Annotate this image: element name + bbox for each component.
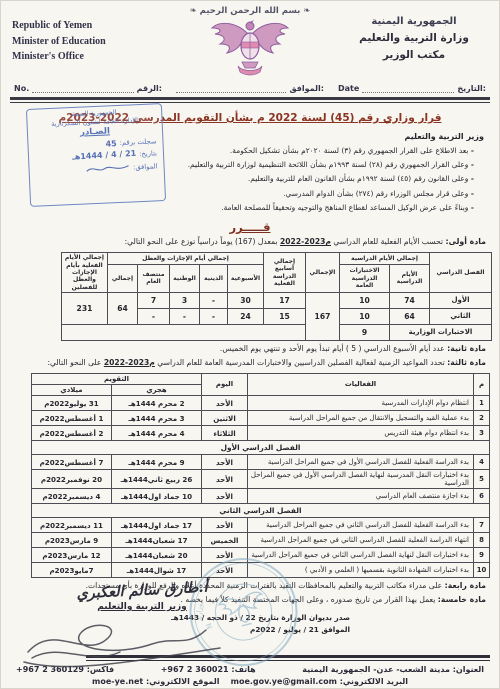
article-four-label: مادة رابعة:	[445, 581, 486, 590]
number-dotted-line	[32, 85, 133, 93]
second-days: 64	[390, 308, 430, 324]
article-three: مادة ثالثة: تحدد المواعيد الزمنية لفعالي…	[10, 358, 486, 369]
first-weeks: 17	[263, 292, 305, 308]
col-study-days: الأيام الدراسية	[390, 264, 430, 292]
corresponding-field: الموافق:	[176, 84, 324, 93]
gregorian-cell: 2 أغسطس2022م	[31, 426, 111, 441]
stamp-corresponding-row: الموافق:	[35, 160, 157, 177]
gregorian-cell: 1 أغسطس2022م	[31, 411, 111, 426]
hijri-cell: 10 جماد اول1444هـ	[112, 489, 202, 504]
article-three-post: على النحو التالي:	[47, 358, 103, 367]
row-number: 4	[474, 455, 490, 470]
email-label: البريد الالكتروني:	[340, 677, 408, 686]
second-semester-section: الفصل الدراسي الثاني	[31, 504, 489, 518]
school-days-summary-table: الفصل الدراسي إجمالي الأيام الدراسية الإ…	[61, 252, 492, 341]
table-row: 8 انتهاء الدراسة الفعلية للفصل الدراسي ا…	[31, 533, 489, 548]
row-number: 9	[474, 548, 490, 563]
article-three-year: 2022-2023م	[104, 358, 155, 367]
signature-block: أ.طارق سالم العكبري وزير التربية والتعلي…	[42, 582, 242, 612]
preamble-list: بعد الاطلاع على القرار الجمهوري رقم (٣) …	[150, 146, 474, 214]
day-cell: الاثنين	[202, 411, 248, 426]
row-number: 3	[474, 426, 490, 441]
arabic-republic-line: الجمهورية اليمنية	[340, 14, 488, 30]
holiday-total-value: 64	[107, 292, 137, 324]
col-events: الفعاليات	[248, 373, 474, 396]
event-cell: بدء اجازة منتصف العام الدراسي	[248, 489, 474, 504]
yemen-emblem-icon	[208, 16, 292, 78]
col-actual-weeks: إجمالي أسابيع الدراسة الفعلية	[263, 253, 305, 293]
number-label-en: No.	[14, 84, 29, 93]
article-one-rest: بمعدل (167) يوماً دراسياً توزع على النحو…	[125, 237, 280, 246]
article-one-pre: تحسب الأيام الفعلية للعام الدراسي	[331, 237, 443, 246]
table-row: 5 بدء اختبارات النقل المدرسية لنهاية الف…	[31, 470, 489, 489]
article-two-label: مادة ثانية:	[447, 344, 486, 353]
day-cell: الأحد	[202, 396, 248, 411]
row-number: 6	[474, 489, 490, 504]
article-two: مادة ثانية: عدد أيام الأسبوع الدراسي ( 5…	[10, 344, 486, 355]
gregorian-cell: 12 مارس2023م	[31, 548, 111, 563]
event-cell: بدء الدراسة الفعلية للفصل الدراسي الثاني…	[248, 518, 474, 533]
col-holiday-total: إجمالي	[107, 264, 137, 292]
day-cell: الأحد	[202, 518, 248, 533]
gregorian-cell: 31 يوليو2022م	[31, 396, 111, 411]
col-gregorian: ميلادي	[31, 384, 111, 395]
first-days: 74	[390, 292, 430, 308]
table-row: 2 بدء عملية القيد والتسجيل والانتقال من …	[31, 411, 489, 426]
preamble-item: وعلى القرار الجمهوري رقم (٢٨) لسنة ١٩٩٣م…	[150, 160, 474, 170]
article-two-text: عدد أيام الأسبوع الدراسي ( 5 ) أيام تبدأ…	[220, 344, 445, 353]
col-religious-holidays: الدينية	[199, 264, 227, 292]
preamble-item: وعلى القانون رقم (٤٥) لسنة ١٩٩٢م بشأن ال…	[150, 174, 474, 184]
col-semester: الفصل الدراسي	[430, 253, 492, 293]
stamp-date-value: 21 / 4 / 1444هـ	[72, 149, 137, 162]
article-five-label: مادة خامسة:	[438, 595, 486, 604]
day-cell: الأحد	[202, 455, 248, 470]
table-row: 3 بدء انتظام دوام هيئة التدريس الثلاثاء …	[31, 426, 489, 441]
footer-web-line: البريد الالكتروني: moe.gov.ye@gmail.com …	[0, 677, 500, 686]
col-national-holidays: الوطنية	[169, 264, 199, 292]
handwritten-scribble-icon	[84, 161, 130, 175]
date-field: Date التاريخ:	[338, 84, 486, 93]
english-office-line: Minister's Office	[12, 49, 160, 65]
event-cell: بدء انتظام دوام هيئة التدريس	[248, 426, 474, 441]
day-cell: الثلاثاء	[202, 426, 248, 441]
table1-header-row-1: الفصل الدراسي إجمالي الأيام الدراسية الإ…	[61, 253, 491, 265]
footer-address: العنوان: مدينة الشعب- عدن- الجمهورية الي…	[302, 665, 484, 674]
row-number: 1	[474, 396, 490, 411]
corresponding-label: الموافق:	[289, 84, 324, 93]
registry-stamp: الجمهورية اليمنية الإدارة العامة لشئون ا…	[26, 103, 166, 207]
col-weekly-holidays: الأسبوعية	[227, 264, 263, 292]
article-one-year: 2022-2023م	[280, 237, 331, 246]
day-cell: الأحد	[202, 470, 248, 489]
day-cell: الخميس	[202, 533, 248, 548]
gregorian-cell: 7مايو2023م	[31, 563, 111, 578]
bismillah-calligraphy: ❧ بسم الله الرحمن الرحيم ❧	[160, 6, 340, 16]
article-three-label: مادة ثالثة:	[447, 358, 486, 367]
article-one: مادة أولى: تحسب الأيام الفعلية للعام الد…	[10, 237, 486, 248]
second-religious: -	[199, 308, 227, 324]
col-row-number: م	[474, 373, 490, 396]
english-republic-line: Republic of Yemen	[12, 18, 160, 34]
col-midyear-holidays: منتصف العام	[137, 264, 169, 292]
decision-heading: قـــــرر	[0, 220, 500, 234]
arabic-ministry-line: وزارة التربية والتعليم	[340, 30, 488, 47]
table-row: 7 بدء الدراسة الفعلية للفصل الدراسي الثا…	[31, 518, 489, 533]
hijri-cell: 2 محرم 1444هـ	[112, 396, 202, 411]
preamble-item: وعلى قرار مجلس الوزراء رقم (٢٧٤) بشأن ال…	[150, 189, 474, 199]
section-row: الفصل الدراسي الأول	[31, 441, 489, 455]
row-number: 2	[474, 411, 490, 426]
hijri-cell: 4 محرم 1444هـ	[112, 426, 202, 441]
hijri-cell: 17 شعبان1444هـ	[112, 533, 202, 548]
event-cell: بدء الدراسة الفعلية للفصل الدراسي الأول …	[248, 455, 474, 470]
email-value: moe.gov.ye@gmail.com	[231, 677, 337, 686]
col-group-study-days: إجمالي الأيام الدراسية	[339, 253, 429, 265]
stamp-date-label: بتاريخ:	[139, 149, 157, 158]
col-group-holidays: إجمالي أيام الإجازات والعطل	[107, 253, 263, 265]
hijri-cell: 9 محرم 1444هـ	[112, 455, 202, 470]
day-cell: الأحد	[202, 489, 248, 504]
col-day: اليوم	[202, 373, 248, 396]
row-number: 7	[474, 518, 490, 533]
semester-first-label: الأول	[430, 292, 492, 308]
section-row: الفصل الدراسي الثاني	[31, 504, 489, 518]
site-value: moe-ye.net	[92, 677, 143, 686]
letterhead-center: ❧ بسم الله الرحمن الرحيم ❧	[160, 4, 340, 82]
date-dotted-line	[362, 85, 454, 93]
col-general-exams: الاختبارات الدراسية العامة	[339, 264, 389, 292]
col-grand-total: إجمالي الأيام الفعلية بأيام الإجازات وال…	[61, 253, 107, 293]
date-label-en: Date	[338, 84, 359, 93]
second-exams: 10	[339, 308, 389, 324]
document-page: الجمهورية اليمنية وزارة التربية والتعليم…	[0, 0, 500, 689]
row-number: 5	[474, 470, 490, 489]
table-row: 1 انتظام دوام الإدارات المدرسية الأحد 2 …	[31, 396, 489, 411]
event-cell: بدء اختبارات النقل المدرسية لنهاية الفصل…	[248, 470, 474, 489]
first-midyear: 7	[137, 292, 169, 308]
table-row: 4 بدء الدراسة الفعلية للفصل الدراسي الأو…	[31, 455, 489, 470]
letterhead-english: Republic of Yemen Minister of Education …	[12, 4, 160, 65]
letterhead: الجمهورية اليمنية وزارة التربية والتعليم…	[0, 0, 500, 82]
hijri-cell: 20 شعبان1444هـ	[112, 548, 202, 563]
gregorian-cell: 11 ديسمبر2022م	[31, 518, 111, 533]
stamp-reg-label: سجلت برقم:	[119, 137, 156, 147]
empty-cell	[61, 324, 305, 340]
first-national: 3	[169, 292, 199, 308]
english-ministry-line: Minister of Education	[12, 34, 160, 50]
preamble-item: بعد الاطلاع على القرار الجمهوري رقم (٣) …	[150, 146, 474, 156]
ministerial-exams-value: 9	[339, 324, 389, 340]
number-label-ar: الرقم:	[137, 84, 162, 93]
minister-title: وزير التربية والتعليم	[42, 602, 242, 612]
gregorian-cell: 7 أغسطس2022م	[31, 455, 111, 470]
hijri-cell: 3 محرم 1444هـ	[112, 411, 202, 426]
event-cell: بدء عملية القيد والتسجيل والانتقال من جم…	[248, 411, 474, 426]
row-number: 8	[474, 533, 490, 548]
article-three-pre: تحدد المواعيد الزمنية لفعالية الفصلين ال…	[155, 358, 445, 367]
second-national: -	[169, 308, 199, 324]
table-row: 6 بدء اجازة منتصف العام الدراسي الأحد 10…	[31, 489, 489, 504]
gregorian-cell: 20 نوفمبر2022م	[31, 470, 111, 489]
calendar-schedule-table: م الفعاليات اليوم التقويم هجري ميلادي 1 …	[31, 373, 490, 579]
col-total: الإجمالي	[305, 253, 339, 293]
row-number: 10	[474, 563, 490, 578]
first-weekly: 30	[227, 292, 263, 308]
col-hijri: هجري	[112, 384, 202, 395]
hijri-cell: 26 ربيع ثاني1444هـ	[112, 470, 202, 489]
header-divider	[10, 97, 490, 103]
ministerial-exams-label: الاختبارات الوزارية	[390, 324, 492, 340]
col-group-calendar: التقويم	[31, 373, 201, 384]
first-semester-section: الفصل الدراسي الأول	[31, 441, 489, 455]
event-cell: انتظام دوام الإدارات المدرسية	[248, 396, 474, 411]
table-row: الأول 74 10 167 17 30 - 3 7 64 231	[61, 292, 491, 308]
grand-total-value: 231	[61, 292, 107, 324]
table-row: الاختبارات الوزارية 9	[61, 324, 491, 340]
article-one-label: مادة أولى:	[445, 237, 486, 246]
first-exams: 10	[339, 292, 389, 308]
number-field: No. الرقم:	[14, 84, 162, 93]
total-days-value: 167	[305, 292, 339, 340]
second-midyear: -	[137, 308, 169, 324]
letterhead-arabic: الجمهورية اليمنية وزارة التربية والتعليم…	[340, 4, 488, 64]
preamble-item: وبناءً على عرض الوكيل المساعد لقطاع المن…	[150, 203, 474, 213]
table2-header-row-1: م الفعاليات اليوم التقويم	[31, 373, 489, 384]
gregorian-cell: 4 ديسمبر2022م	[31, 489, 111, 504]
second-weeks: 15	[263, 308, 305, 324]
corresponding-dotted-line	[176, 85, 286, 93]
arabic-office-line: مكتب الوزير	[340, 47, 488, 64]
semester-second-label: الثاني	[430, 308, 492, 324]
first-religious: -	[199, 292, 227, 308]
handwritten-signature-icon	[20, 608, 230, 676]
stamp-corresponding-label: الموافق:	[133, 162, 158, 171]
reference-line: Date التاريخ: الموافق: No. الرقم:	[0, 82, 500, 93]
date-label-ar: التاريخ:	[457, 84, 486, 93]
stamp-reg-value: 45	[105, 139, 117, 149]
gregorian-cell: 9 مارس2023م	[31, 533, 111, 548]
second-weekly: 24	[227, 308, 263, 324]
hijri-cell: 17 جماد اول1444هـ	[112, 518, 202, 533]
